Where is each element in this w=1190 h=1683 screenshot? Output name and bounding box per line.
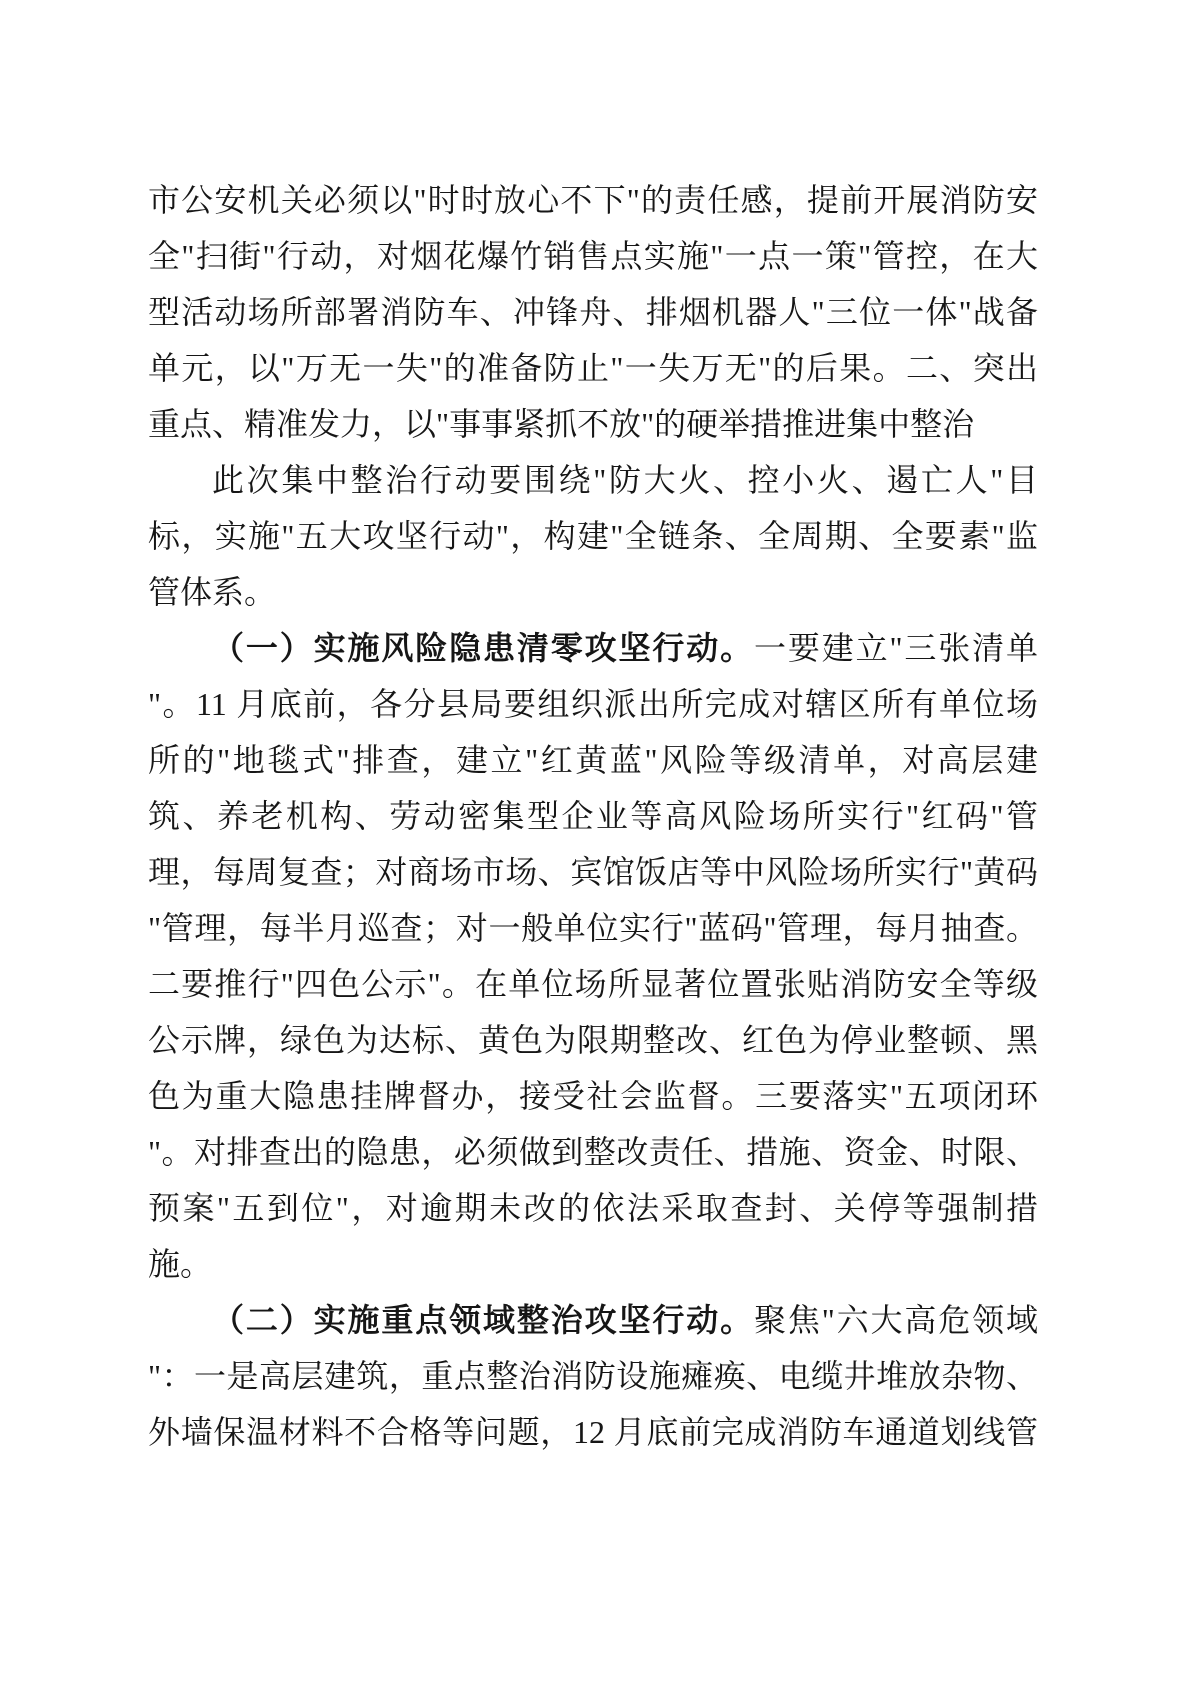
text-line: "：一是高层建筑，重点整治消防设施瘫痪、电缆井堆放杂物、 [148,1348,1038,1404]
body-text: 理，每周复查；对商场市场、宾馆饭店等中风险场所实行"黄码 [148,854,1038,890]
text-line: "。11 月底前，各分县局要组织派出所完成对辖区所有单位场 [148,676,1038,732]
body-text: 管体系。 [148,574,276,610]
body-text: 筑、养老机构、劳动密集型企业等高风险场所实行"红码"管 [148,798,1038,834]
body-text: 二要推行"四色公示"。在单位场所显著位置张贴消防安全等级 [148,966,1038,1002]
body-text: 全"扫街"行动，对烟花爆竹销售点实施"一点一策"管控，在大 [148,238,1038,274]
text-line: 筑、养老机构、劳动密集型企业等高风险场所实行"红码"管 [148,788,1038,844]
body-text: 此次集中整治行动要围绕"防大火、控小火、遏亡人"目 [212,462,1038,498]
body-text: 预案"五到位"，对逾期未改的依法采取查封、关停等强制措 [148,1190,1038,1226]
paragraph: （二）实施重点领域整治攻坚行动。聚焦"六大高危领域"：一是高层建筑，重点整治消防… [148,1292,1038,1460]
body-text: 市公安机关必须以"时时放心不下"的责任感，提前开展消防安 [148,182,1038,218]
body-text: 施。 [148,1246,212,1282]
text-line: 此次集中整治行动要围绕"防大火、控小火、遏亡人"目 [148,452,1038,508]
text-line: 外墙保温材料不合格等问题，12 月底前完成消防车通道划线管 [148,1404,1038,1460]
paragraph: 市公安机关必须以"时时放心不下"的责任感，提前开展消防安全"扫街"行动，对烟花爆… [148,172,1038,452]
text-line: 标，实施"五大攻坚行动"，构建"全链条、全周期、全要素"监 [148,508,1038,564]
body-text: 重点、精准发力，以"事事紧抓不放"的硬举措推进集中整治 [148,406,974,442]
text-line: 全"扫街"行动，对烟花爆竹销售点实施"一点一策"管控，在大 [148,228,1038,284]
body-text: 单元，以"万无一失"的准备防止"一失万无"的后果。二、突出 [148,350,1038,386]
text-line: 重点、精准发力，以"事事紧抓不放"的硬举措推进集中整治 [148,396,1038,452]
text-line: 公示牌，绿色为达标、黄色为限期整改、红色为停业整顿、黑 [148,1012,1038,1068]
paragraph: （一）实施风险隐患清零攻坚行动。一要建立"三张清单"。11 月底前，各分县局要组… [148,620,1038,1292]
text-line: 理，每周复查；对商场市场、宾馆饭店等中风险场所实行"黄码 [148,844,1038,900]
body-text: "管理，每半月巡查；对一般单位实行"蓝码"管理，每月抽查。 [148,910,1038,946]
section-heading-text: （二）实施重点领域整治攻坚行动。 [212,1302,754,1338]
text-line: 单元，以"万无一失"的准备防止"一失万无"的后果。二、突出 [148,340,1038,396]
body-text: 所的"地毯式"排查，建立"红黄蓝"风险等级清单，对高层建 [148,742,1038,778]
document-page: 市公安机关必须以"时时放心不下"的责任感，提前开展消防安全"扫街"行动，对烟花爆… [0,0,1190,1683]
body-text: 聚焦"六大高危领域 [754,1302,1038,1338]
body-text: 色为重大隐患挂牌督办，接受社会监督。三要落实"五项闭环 [148,1078,1038,1114]
body-text: 外墙保温材料不合格等问题，12 月底前完成消防车通道划线管 [148,1414,1038,1450]
body-text: 型活动场所部署消防车、冲锋舟、排烟机器人"三位一体"战备 [148,294,1038,330]
body-text: 一要建立"三张清单 [754,630,1038,666]
text-line: 市公安机关必须以"时时放心不下"的责任感，提前开展消防安 [148,172,1038,228]
text-line: 管体系。 [148,564,1038,620]
text-line: 型活动场所部署消防车、冲锋舟、排烟机器人"三位一体"战备 [148,284,1038,340]
text-line: 二要推行"四色公示"。在单位场所显著位置张贴消防安全等级 [148,956,1038,1012]
body-text: "：一是高层建筑，重点整治消防设施瘫痪、电缆井堆放杂物、 [148,1358,1038,1394]
text-line: "。对排查出的隐患，必须做到整改责任、措施、资金、时限、 [148,1124,1038,1180]
document-body: 市公安机关必须以"时时放心不下"的责任感，提前开展消防安全"扫街"行动，对烟花爆… [148,172,1038,1460]
text-line: （一）实施风险隐患清零攻坚行动。一要建立"三张清单 [148,620,1038,676]
body-text: "。11 月底前，各分县局要组织派出所完成对辖区所有单位场 [148,686,1038,722]
text-line: 施。 [148,1236,1038,1292]
text-line: 预案"五到位"，对逾期未改的依法采取查封、关停等强制措 [148,1180,1038,1236]
body-text: 公示牌，绿色为达标、黄色为限期整改、红色为停业整顿、黑 [148,1022,1038,1058]
text-line: 色为重大隐患挂牌督办，接受社会监督。三要落实"五项闭环 [148,1068,1038,1124]
text-line: 所的"地毯式"排查，建立"红黄蓝"风险等级清单，对高层建 [148,732,1038,788]
text-line: "管理，每半月巡查；对一般单位实行"蓝码"管理，每月抽查。 [148,900,1038,956]
body-text: 标，实施"五大攻坚行动"，构建"全链条、全周期、全要素"监 [148,518,1038,554]
body-text: "。对排查出的隐患，必须做到整改责任、措施、资金、时限、 [148,1134,1038,1170]
section-heading-text: （一）实施风险隐患清零攻坚行动。 [212,630,754,666]
paragraph: 此次集中整治行动要围绕"防大火、控小火、遏亡人"目标，实施"五大攻坚行动"，构建… [148,452,1038,620]
text-line: （二）实施重点领域整治攻坚行动。聚焦"六大高危领域 [148,1292,1038,1348]
